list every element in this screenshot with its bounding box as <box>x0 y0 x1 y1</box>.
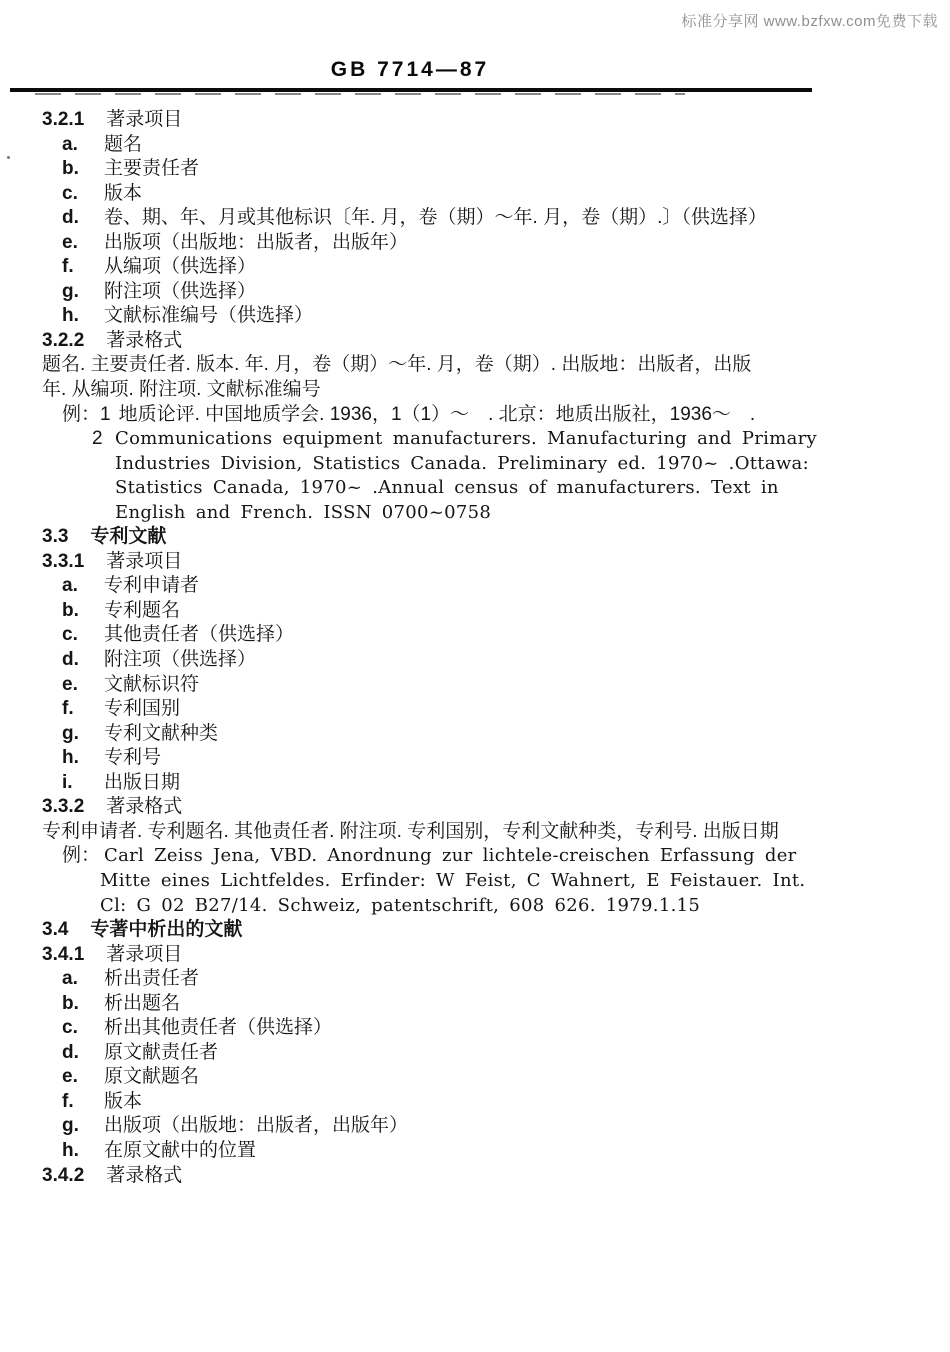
example-label: 例：1 <box>62 404 111 425</box>
item-text: 附注项（供选择） <box>104 281 256 302</box>
item-text: 附注项（供选择） <box>104 649 256 670</box>
example-text: Industries Division, Statistics Canada. … <box>115 453 809 474</box>
section-heading-3-2-1: 3.2.1著录项目 <box>42 108 932 133</box>
list-item-a: a.题名 <box>42 133 932 158</box>
item-letter: h. <box>62 746 104 771</box>
list-item-f: f.从编项（供选择） <box>42 255 932 280</box>
example-number: 2 <box>92 427 115 452</box>
item-text: 析出其他责任者（供选择） <box>104 1017 332 1038</box>
paragraph-line: 题名. 主要责任者. 版本. 年. 月，卷（期）～年. 月，卷（期）. 出版地：… <box>42 353 932 378</box>
item-letter: g. <box>62 722 104 747</box>
item-text: 析出题名 <box>104 993 180 1014</box>
example-line-2: 2Communications equipment manufacturers.… <box>42 427 932 452</box>
section-number: 3.3.1 <box>42 551 84 572</box>
list-item-c: c.其他责任者（供选择） <box>42 623 932 648</box>
item-text: 版本 <box>104 1091 142 1112</box>
example-continuation: Statistics Canada, 1970~ .Annual census … <box>42 476 932 501</box>
list-item-c: c.析出其他责任者（供选择） <box>42 1016 932 1041</box>
item-letter: b. <box>62 157 104 182</box>
section-heading-3-4-2: 3.4.2著录格式 <box>42 1164 932 1189</box>
list-item-h: h.在原文献中的位置 <box>42 1139 932 1164</box>
list-item-e: e.出版项（出版地：出版者，出版年） <box>42 231 932 256</box>
section-heading-3-3: 3.3专利文献 <box>42 525 932 550</box>
item-letter: h. <box>62 1139 104 1164</box>
section-heading-3-4: 3.4专著中析出的文献 <box>42 918 932 943</box>
section-number: 3.2.1 <box>42 109 84 130</box>
example-line-1: 例：1地质论评. 中国地质学会. 1936，1（1）～ . 北京：地质出版社，1… <box>42 403 932 428</box>
item-text: 专利题名 <box>104 600 180 621</box>
header-divider <box>10 88 812 92</box>
paragraph-line: 专利申请者. 专利题名. 其他责任者. 附注项. 专利国别，专利文献种类，专利号… <box>42 820 932 845</box>
section-heading-3-3-2: 3.3.2著录格式 <box>42 795 932 820</box>
paragraph-text: 专利申请者. 专利题名. 其他责任者. 附注项. 专利国别，专利文献种类，专利号… <box>42 821 779 842</box>
section-heading-3-4-1: 3.4.1著录项目 <box>42 943 932 968</box>
list-item-g: g.专利文献种类 <box>42 722 932 747</box>
item-letter: d. <box>62 1041 104 1066</box>
item-letter: c. <box>62 623 104 648</box>
section-title: 著录项目 <box>106 109 182 130</box>
example-continuation: Industries Division, Statistics Canada. … <box>42 452 932 477</box>
page-title: GB 7714—87 <box>10 58 810 82</box>
example-text: Cl: G 02 B27/14. Schweiz, patentschrift,… <box>100 895 700 916</box>
section-title: 著录项目 <box>106 944 182 965</box>
section-title: 著录格式 <box>106 796 182 817</box>
item-text: 文献标识符 <box>104 674 199 695</box>
list-item-i: i.出版日期 <box>42 771 932 796</box>
item-letter: e. <box>62 1065 104 1090</box>
example-text: English and French. ISSN 0700~0758 <box>115 502 491 523</box>
item-text: 专利国别 <box>104 698 180 719</box>
section-title: 专利文献 <box>90 526 166 547</box>
scanned-standard-page: { "watermark": "标准分享网 www.bzfxw.com免费下载"… <box>0 0 950 1352</box>
item-letter: e. <box>62 673 104 698</box>
list-item-f: f.专利国别 <box>42 697 932 722</box>
item-letter: g. <box>62 280 104 305</box>
item-text: 卷、期、年、月或其他标识〔年. 月，卷（期）～年. 月，卷（期）.〕（供选择） <box>104 207 767 228</box>
paragraph-line: 年. 从编项. 附注项. 文献标准编号 <box>42 378 932 403</box>
section-heading-3-2-2: 3.2.2著录格式 <box>42 329 932 354</box>
example-text: Statistics Canada, 1970~ .Annual census … <box>115 477 779 498</box>
section-number: 3.4.1 <box>42 944 84 965</box>
item-letter: a. <box>62 967 104 992</box>
item-letter: d. <box>62 648 104 673</box>
list-item-b: b.析出题名 <box>42 992 932 1017</box>
section-number: 3.3 <box>42 526 68 547</box>
paragraph-text: 题名. 主要责任者. 版本. 年. 月，卷（期）～年. 月，卷（期）. 出版地：… <box>42 354 751 375</box>
list-item-h: h.文献标准编号（供选择） <box>42 304 932 329</box>
section-title: 著录项目 <box>106 551 182 572</box>
item-letter: i. <box>62 771 104 796</box>
item-text: 专利文献种类 <box>104 723 218 744</box>
item-text: 专利号 <box>104 747 161 768</box>
example-line: 例：Carl Zeiss Jena, VBD. Anordnung zur li… <box>42 844 932 869</box>
example-text: Carl Zeiss Jena, VBD. Anordnung zur lich… <box>104 845 797 866</box>
section-title: 专著中析出的文献 <box>90 919 242 940</box>
section-heading-3-3-1: 3.3.1著录项目 <box>42 550 932 575</box>
item-text: 版本 <box>104 183 142 204</box>
item-text: 其他责任者（供选择） <box>104 624 294 645</box>
example-continuation: English and French. ISSN 0700~0758 <box>42 501 932 526</box>
item-text: 文献标准编号（供选择） <box>104 305 313 326</box>
item-letter: a. <box>62 133 104 158</box>
list-item-f: f.版本 <box>42 1090 932 1115</box>
item-text: 析出责任者 <box>104 968 199 989</box>
item-text: 出版日期 <box>104 772 180 793</box>
item-letter: e. <box>62 231 104 256</box>
item-letter: h. <box>62 304 104 329</box>
section-number: 3.3.2 <box>42 796 84 817</box>
section-number: 3.2.2 <box>42 330 84 351</box>
example-text: 地质论评. 中国地质学会. 1936，1（1）～ . 北京：地质出版社，1936… <box>119 404 756 425</box>
item-letter: f. <box>62 255 104 280</box>
item-letter: c. <box>62 182 104 207</box>
section-number: 3.4.2 <box>42 1165 84 1186</box>
item-text: 出版项（出版地：出版者，出版年） <box>104 232 408 253</box>
header-divider-artifact <box>35 93 685 95</box>
example-text: Mitte eines Lichtfeldes. Erfinder: W Fei… <box>100 870 805 891</box>
list-item-c: c.版本 <box>42 182 932 207</box>
section-title: 著录格式 <box>106 330 182 351</box>
list-item-b: b.专利题名 <box>42 599 932 624</box>
item-letter: a. <box>62 574 104 599</box>
item-text: 专利申请者 <box>104 575 199 596</box>
list-item-d: d.原文献责任者 <box>42 1041 932 1066</box>
example-continuation: Mitte eines Lichtfeldes. Erfinder: W Fei… <box>42 869 932 894</box>
list-item-g: g.附注项（供选择） <box>42 280 932 305</box>
list-item-b: b.主要责任者 <box>42 157 932 182</box>
item-letter: d. <box>62 206 104 231</box>
example-text: Communications equipment manufacturers. … <box>115 428 817 449</box>
item-letter: b. <box>62 992 104 1017</box>
section-title: 著录格式 <box>106 1165 182 1186</box>
item-letter: c. <box>62 1016 104 1041</box>
item-text: 在原文献中的位置 <box>104 1140 256 1161</box>
item-text: 原文献题名 <box>104 1066 199 1087</box>
item-letter: g. <box>62 1114 104 1139</box>
document-body: 3.2.1著录项目 a.题名 b.主要责任者 c.版本 d.卷、期、年、月或其他… <box>42 108 932 1188</box>
list-item-a: a.析出责任者 <box>42 967 932 992</box>
list-item-d: d.附注项（供选择） <box>42 648 932 673</box>
list-item-h: h.专利号 <box>42 746 932 771</box>
list-item-e: e.原文献题名 <box>42 1065 932 1090</box>
list-item-a: a.专利申请者 <box>42 574 932 599</box>
item-text: 从编项（供选择） <box>104 256 256 277</box>
item-text: 原文献责任者 <box>104 1042 218 1063</box>
item-text: 题名 <box>104 134 142 155</box>
section-number: 3.4 <box>42 919 68 940</box>
list-item-e: e.文献标识符 <box>42 673 932 698</box>
item-letter: f. <box>62 1090 104 1115</box>
item-letter: f. <box>62 697 104 722</box>
item-text: 主要责任者 <box>104 158 199 179</box>
item-text: 出版项（出版地：出版者，出版年） <box>104 1115 408 1136</box>
list-item-d: d.卷、期、年、月或其他标识〔年. 月，卷（期）～年. 月，卷（期）.〕（供选择… <box>42 206 932 231</box>
watermark: 标准分享网 www.bzfxw.com免费下载 <box>681 10 938 31</box>
example-continuation: Cl: G 02 B27/14. Schweiz, patentschrift,… <box>42 894 932 919</box>
paragraph-text: 年. 从编项. 附注项. 文献标准编号 <box>42 379 321 400</box>
scan-speck <box>7 156 10 159</box>
list-item-g: g.出版项（出版地：出版者，出版年） <box>42 1114 932 1139</box>
item-letter: b. <box>62 599 104 624</box>
example-label: 例： <box>62 845 100 866</box>
